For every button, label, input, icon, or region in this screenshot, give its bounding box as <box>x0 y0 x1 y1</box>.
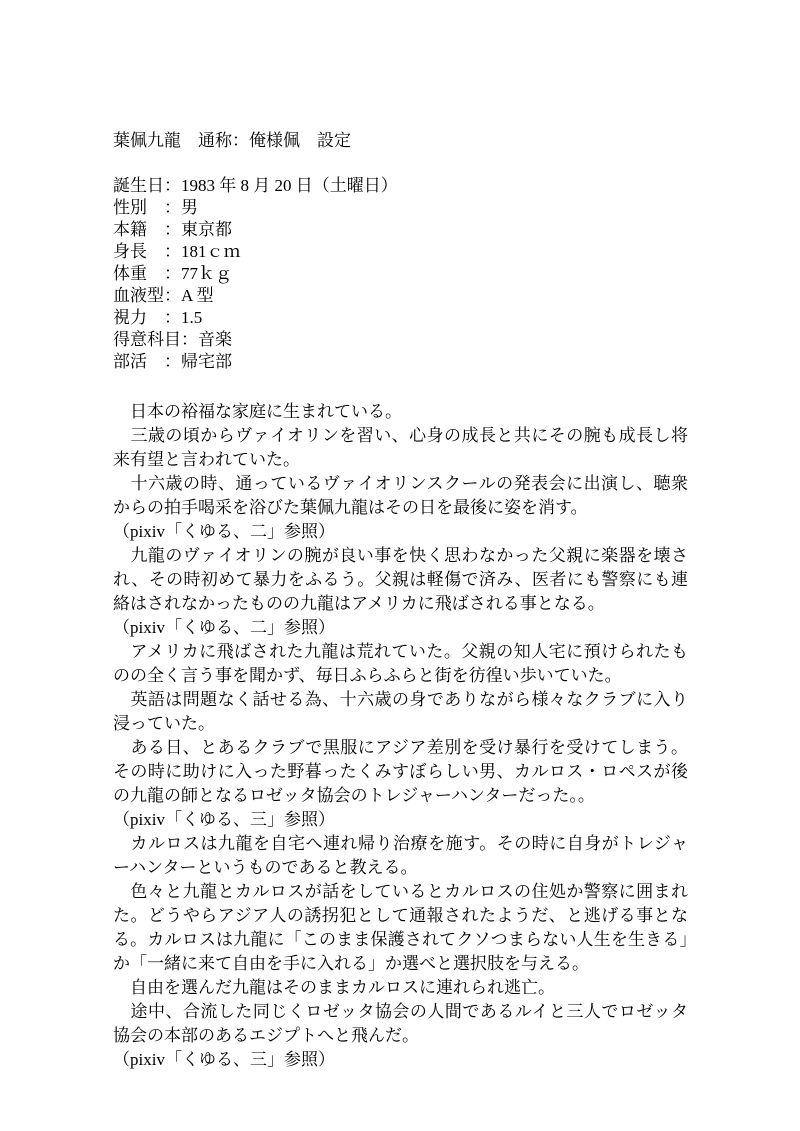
profile-line-height: 身長 ：181ｃｍ <box>113 241 688 263</box>
paragraph: ある日、とあるクラブで黒服にアジア差別を受け暴行を受けてしまう。その時に助けに入… <box>113 736 688 808</box>
body-text-block: 日本の裕福な家庭に生まれている。 三歳の頃からヴァイオリンを習い、心身の成長と共… <box>113 400 688 1072</box>
paragraph: 十六歳の時、通っているヴァイオリンスクールの発表会に出演し、聴衆からの拍手喝采を… <box>113 472 688 520</box>
pixiv-reference: （pixiv「くゆる、三」参照） <box>113 808 688 832</box>
pixiv-reference: （pixiv「くゆる、三」参照） <box>113 1048 688 1072</box>
profile-block: 誕生日：1983 年 8 月 20 日（土曜日） 性別 ：男 本籍 ：東京都 身… <box>113 175 688 373</box>
profile-line-bloodtype: 血液型：A 型 <box>113 285 688 307</box>
profile-line-eyesight: 視力 ：1.5 <box>113 307 688 329</box>
profile-line-bestsubject: 得意科目：音楽 <box>113 329 688 351</box>
paragraph: 自由を選んだ九龍はそのままカルロスに連れられ逃亡。 <box>113 976 688 1000</box>
profile-line-birthday: 誕生日：1983 年 8 月 20 日（土曜日） <box>113 175 688 197</box>
paragraph: 色々と九龍とカルロスが話をしているとカルロスの住処か警察に囲まれた。どうやらアジ… <box>113 880 688 976</box>
paragraph: 途中、合流した同じくロゼッタ協会の人間であるルイと三人でロゼッタ協会の本部のある… <box>113 1000 688 1048</box>
paragraph: カルロスは九龍を自宅へ連れ帰り治療を施す。その時に自身がトレジャーハンターという… <box>113 832 688 880</box>
profile-line-weight: 体重 ：77ｋｇ <box>113 263 688 285</box>
pixiv-reference: （pixiv「くゆる、二」参照） <box>113 520 688 544</box>
paragraph: 三歳の頃からヴァイオリンを習い、心身の成長と共にその腕も成長し将来有望と言われて… <box>113 424 688 472</box>
pixiv-reference: （pixiv「くゆる、二」参照） <box>113 616 688 640</box>
document-title: 葉佩九龍 通称：俺様佩 設定 <box>113 129 688 153</box>
paragraph: アメリカに飛ばされた九龍は荒れていた。父親の知人宅に預けられたものの全く言う事を… <box>113 640 688 688</box>
profile-line-gender: 性別 ：男 <box>113 197 688 219</box>
paragraph: 日本の裕福な家庭に生まれている。 <box>113 400 688 424</box>
paragraph: 英語は問題なく話せる為、十六歳の身でありながら様々なクラブに入り浸っていた。 <box>113 688 688 736</box>
document-page: 葉佩九龍 通称：俺様佩 設定 誕生日：1983 年 8 月 20 日（土曜日） … <box>0 0 800 1131</box>
profile-line-hometown: 本籍 ：東京都 <box>113 219 688 241</box>
profile-line-club: 部活 ：帰宅部 <box>113 351 688 373</box>
paragraph: 九龍のヴァイオリンの腕が良い事を快く思わなかった父親に楽器を壊され、その時初めて… <box>113 544 688 616</box>
